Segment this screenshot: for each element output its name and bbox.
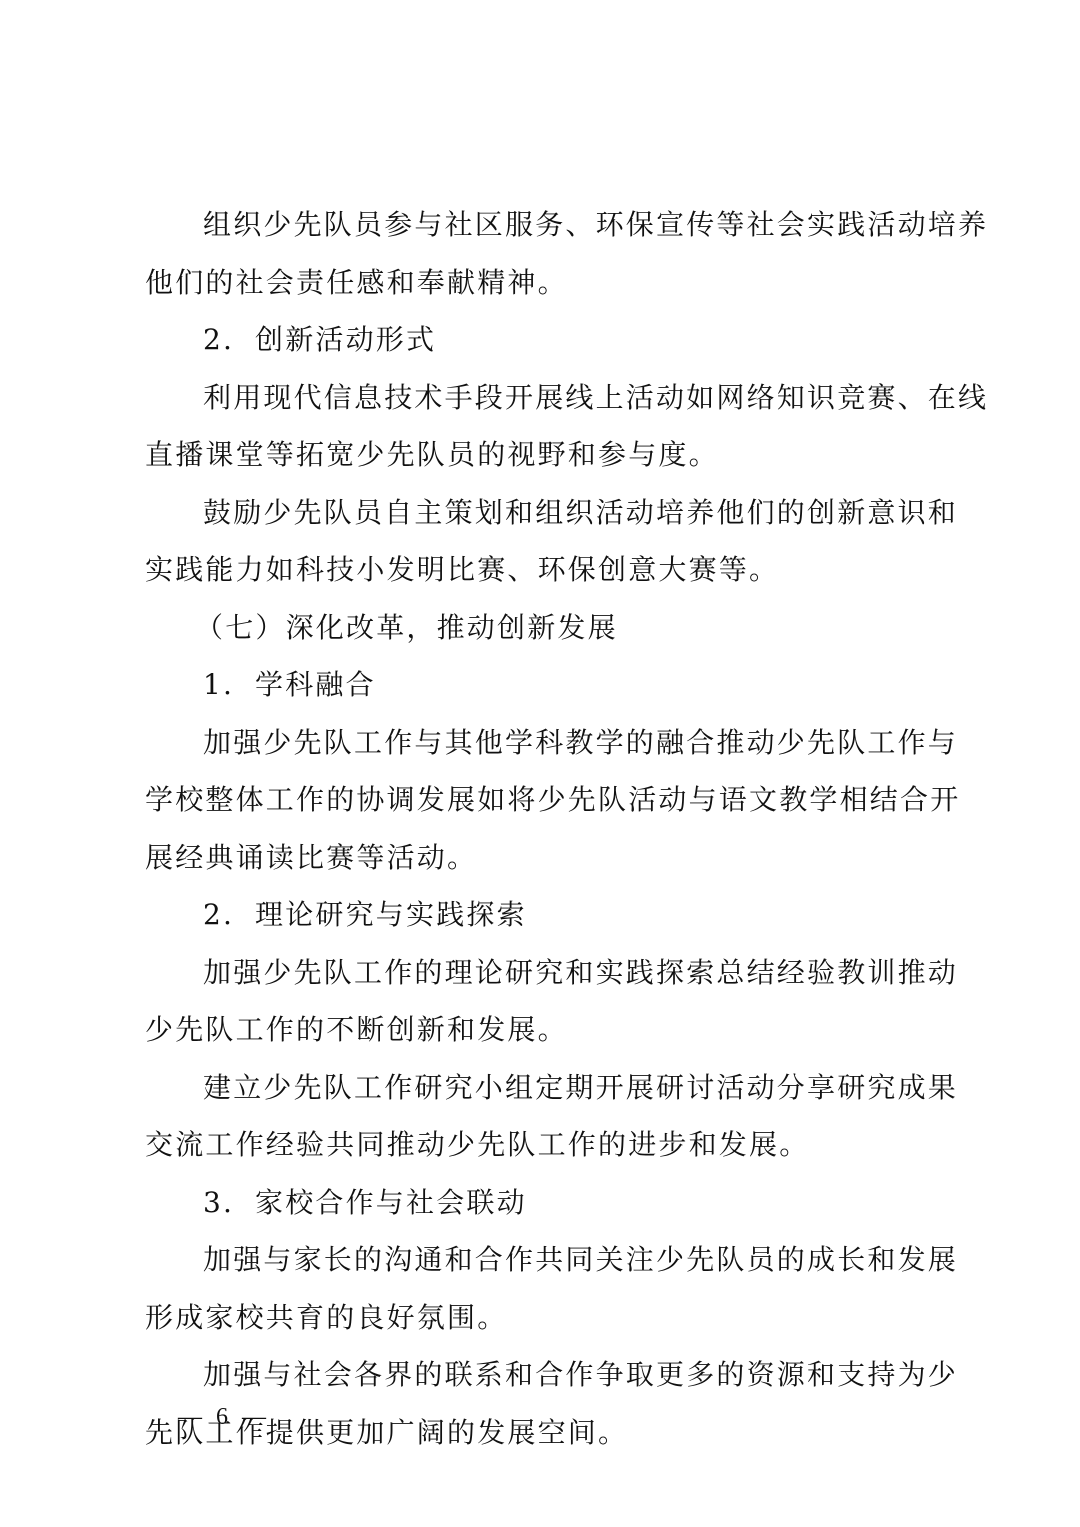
subheading-number: 1. xyxy=(203,656,255,714)
subheading-title: 学科融合 xyxy=(255,668,376,701)
paragraph-line: 建立少先队工作研究小组定期开展研讨活动分享研究成果 xyxy=(145,1059,945,1117)
paragraph-line: 形成家校共育的良好氛围。 xyxy=(145,1289,945,1347)
paragraph-line: 加强少先队工作的理论研究和实践探索总结经验教训推动 xyxy=(145,944,945,1002)
subheading: 3.家校合作与社会联动 xyxy=(145,1174,945,1232)
paragraph-line: 学校整体工作的协调发展如将少先队活动与语文教学相结合开 xyxy=(145,771,945,829)
subheading: 2.创新活动形式 xyxy=(145,311,945,369)
subheading-number: 3. xyxy=(203,1174,255,1232)
paragraph-line: 加强与家长的沟通和合作共同关注少先队员的成长和发展 xyxy=(145,1231,945,1289)
document-page: 组织少先队员参与社区服务、环保宣传等社会实践活动培养 他们的社会责任感和奉献精神… xyxy=(0,0,1080,1527)
paragraph-line: 展经典诵读比赛等活动。 xyxy=(145,829,945,887)
section-heading: （七）深化改革，推动创新发展 xyxy=(145,599,945,657)
subheading: 1.学科融合 xyxy=(145,656,945,714)
paragraph-line: 鼓励少先队员自主策划和组织活动培养他们的创新意识和 xyxy=(145,484,945,542)
paragraph-line: 组织少先队员参与社区服务、环保宣传等社会实践活动培养 xyxy=(145,196,945,254)
document-body: 组织少先队员参与社区服务、环保宣传等社会实践活动培养 他们的社会责任感和奉献精神… xyxy=(145,196,945,1461)
subheading: 2.理论研究与实践探索 xyxy=(145,886,945,944)
paragraph-line: 他们的社会责任感和奉献精神。 xyxy=(145,254,945,312)
paragraph-line: 少先队工作的不断创新和发展。 xyxy=(145,1001,945,1059)
paragraph-line: 加强少先队工作与其他学科教学的融合推动少先队工作与 xyxy=(145,714,945,772)
subheading-number: 2. xyxy=(203,311,255,369)
paragraph-line: 实践能力如科技小发明比赛、环保创意大赛等。 xyxy=(145,541,945,599)
subheading-title: 创新活动形式 xyxy=(255,323,436,356)
paragraph-line: 直播课堂等拓宽少先队员的视野和参与度。 xyxy=(145,426,945,484)
subheading-title: 理论研究与实践探索 xyxy=(255,898,527,931)
page-number: — 6 — xyxy=(178,1404,270,1431)
subheading-number: 2. xyxy=(203,886,255,944)
paragraph-line: 交流工作经验共同推动少先队工作的进步和发展。 xyxy=(145,1116,945,1174)
subheading-title: 家校合作与社会联动 xyxy=(255,1186,527,1219)
paragraph-line: 加强与社会各界的联系和合作争取更多的资源和支持为少 xyxy=(145,1346,945,1404)
paragraph-line: 利用现代信息技术手段开展线上活动如网络知识竞赛、在线 xyxy=(145,369,945,427)
